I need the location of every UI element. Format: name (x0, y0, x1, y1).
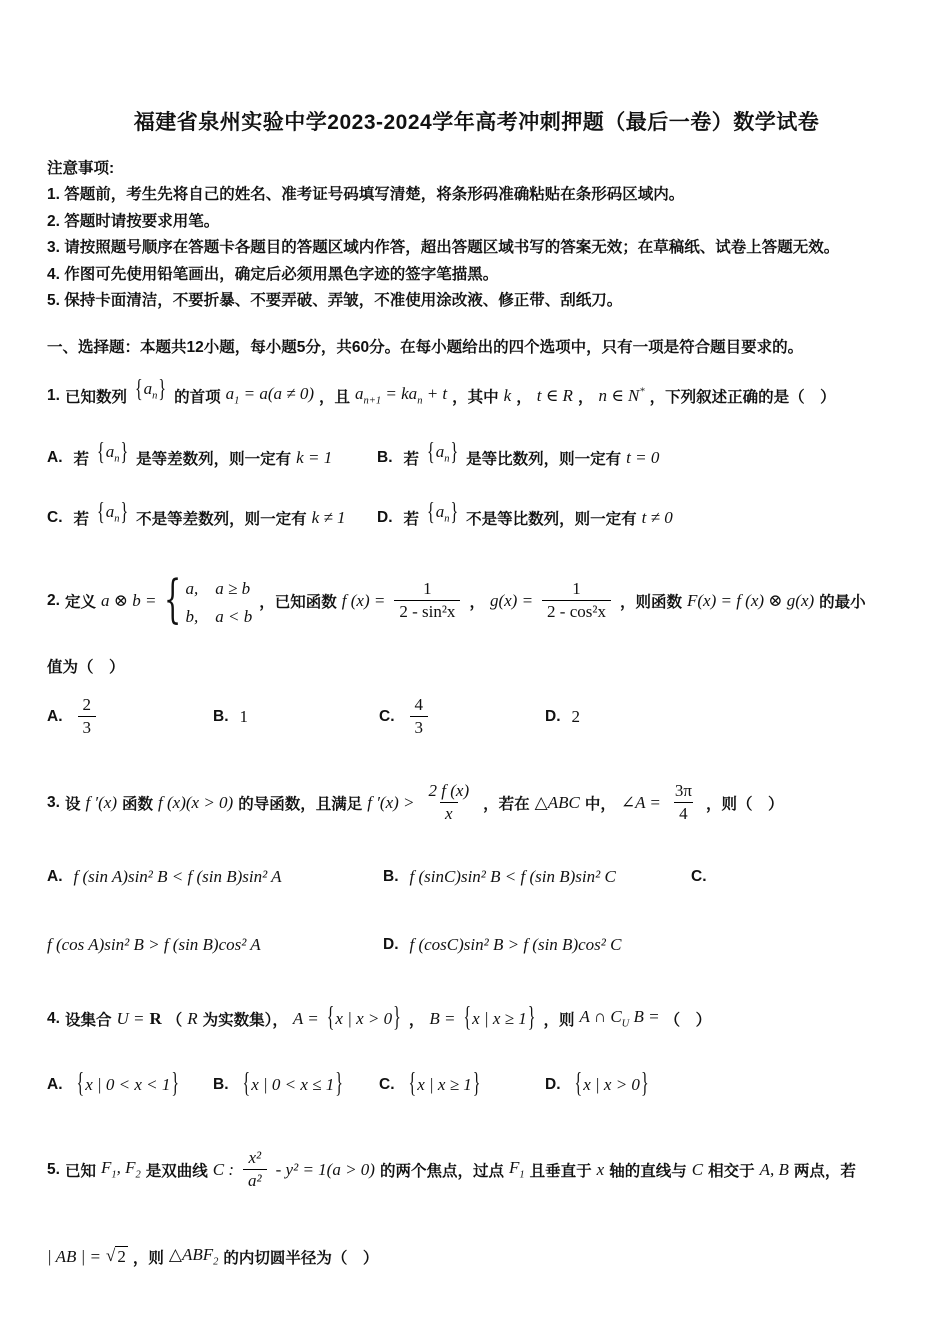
denominator: x (440, 802, 458, 824)
stem-text: 设集合 (65, 1008, 112, 1030)
option-label: C. (379, 1076, 395, 1094)
n-in-N-star: n ∈ N* (598, 386, 644, 406)
option-text: 若 (74, 447, 90, 469)
stem-text: ，若在 (483, 792, 530, 814)
left-brace: { (97, 499, 105, 528)
right-brace: } (171, 1069, 179, 1101)
question-1: 1. 已知数列 {an} 的首项 a1 = a(a ≠ 0) ，且 an+1 =… (47, 373, 906, 539)
option-label: C. (379, 708, 395, 726)
question-number: 5. (47, 1161, 60, 1179)
notice-item-5: 5. 保持卡面清洁，不要折暴、不要弄破、弄皱，不准使用涂改液、修正带、刮纸刀。 (47, 288, 906, 315)
question-2-options: A. 2 3 B. 1 C. 4 3 D. 2 (47, 691, 906, 743)
stem-text: 已知 (65, 1159, 96, 1181)
foci-f1-f2: F1, F2 (101, 1158, 141, 1180)
denominator: a² (243, 1169, 267, 1191)
curve-c: C (692, 1160, 703, 1180)
option-text: 若 (74, 507, 90, 529)
option-label: B. (377, 449, 393, 467)
set-a-eq: A = (293, 1009, 319, 1029)
stem-text: 已知数列 (65, 385, 127, 407)
fraction-x2-over-a2: x² a² (243, 1148, 267, 1191)
fraction-3pi-over-4: 3π 4 (670, 781, 697, 824)
bold-R: R (149, 1009, 161, 1029)
sequence-an: {an} (426, 442, 459, 464)
ab-length: | AB | = (47, 1247, 101, 1267)
radicand: 2 (115, 1246, 128, 1267)
set-b: {x | x ≥ 1} (462, 1009, 536, 1029)
notice-item-4: 4. 作图可先使用铅笔画出，确定后必须用黑色字迹的签字笔描黑。 (47, 262, 906, 289)
right-brace: } (473, 1069, 481, 1101)
denominator: 4 (674, 802, 693, 824)
question-4-option-a: A. {x | 0 < x < 1} (47, 1075, 213, 1095)
right-brace: } (450, 499, 458, 528)
option-fraction: 4 3 (410, 695, 429, 738)
option-set: {x | 0 < x ≤ 1} (242, 1075, 344, 1095)
stem-text: ，下列叙述正确的是（ ） (650, 385, 836, 407)
question-3-option-c-formula: f (cos A)sin² B > f (sin B)cos² A (47, 935, 383, 955)
left-brace: { (463, 1003, 471, 1035)
option-label: A. (47, 449, 63, 467)
page-title: 福建省泉州实验中学2023-2024学年高考冲刺押题（最后一卷）数学试卷 (47, 106, 906, 136)
left-brace: { (97, 439, 105, 468)
option-set: {x | x ≥ 1} (408, 1075, 482, 1095)
option-label: C. (691, 868, 707, 886)
stem-text: （ ） (665, 1008, 712, 1030)
question-number: 1. (47, 387, 60, 405)
set-a: {x | x > 0} (326, 1009, 402, 1029)
option-value: 2 (572, 707, 581, 727)
hyperbola-label: C : (213, 1160, 234, 1180)
right-brace: } (158, 376, 166, 405)
option-formula: f (cos A)sin² B > f (sin B)cos² A (47, 935, 261, 955)
fraction-g: 1 2 - cos²x (542, 579, 611, 622)
hyperbola-equation-rest: - y² = 1(a > 0) (276, 1160, 375, 1180)
option-text: 不是等差数列，则一定有 (136, 507, 307, 529)
stem-text: ，且 (319, 385, 350, 407)
stem-text: 的内切圆半径为（ ） (223, 1246, 378, 1268)
notice-heading: 注意事项: (47, 156, 906, 182)
option-formula: f (sinC)sin² B < f (sin B)sin² C (410, 867, 616, 887)
question-3-option-d: D. f (cosC)sin² B > f (sin B)cos² C (383, 935, 621, 955)
left-brace: { (327, 1003, 335, 1035)
stem-text: ，其中 (452, 385, 499, 407)
stem-text: 两点，若 (794, 1159, 856, 1181)
right-brace: } (335, 1069, 343, 1101)
option-label: C. (47, 509, 63, 527)
stem-text: ， (409, 1008, 425, 1030)
set-condition: x | 0 < x < 1 (85, 1075, 170, 1095)
question-3-option-a: A. f (sin A)sin² B < f (sin B)sin² A (47, 867, 383, 887)
denominator: 2 - cos²x (542, 600, 611, 622)
numerator: 2 (78, 695, 97, 715)
question-1-options-row-1: A. 若 {an} 是等差数列，则一定有 k = 1 B. 若 {an} 是等比… (47, 439, 906, 479)
stem-text: ，已知函数 (259, 590, 337, 612)
denominator: 2 - sin²x (394, 600, 460, 622)
stem-text: ，则函数 (620, 590, 682, 612)
option-label: B. (383, 868, 399, 886)
question-5: 5. 已知 F1, F2 是双曲线 C : x² a² - y² = 1(a >… (47, 1133, 906, 1281)
radical-sign: √ (106, 1246, 115, 1266)
question-5-stem: 5. 已知 F1, F2 是双曲线 C : x² a² - y² = 1(a >… (47, 1133, 906, 1207)
stem-text: 的首项 (174, 385, 221, 407)
option-formula: t = 0 (626, 448, 659, 468)
piecewise-row-1: a, a ≥ b (186, 574, 253, 599)
section-1-heading: 一、选择题：本题共12小题，每小题5分，共60分。在每小题给出的四个选项中，只有… (47, 335, 906, 357)
formula-recurrence: an+1 = kan + t (355, 384, 447, 406)
option-set: {x | x > 0} (574, 1075, 650, 1095)
stem-text: 是双曲线 (146, 1159, 208, 1181)
right-brace: } (393, 1003, 401, 1035)
set-b-eq: B = (429, 1009, 455, 1029)
left-brace: { (409, 1069, 417, 1101)
question-4: 4. 设集合 U = R （ R 为实数集）， A = {x | x > 0} … (47, 995, 906, 1105)
stem-text: 为实数集）， (203, 1008, 288, 1030)
sequence-an: {an} (134, 379, 167, 401)
stem-text: ， (578, 385, 594, 407)
numerator: 3π (670, 781, 697, 801)
formula-first-term: a1 = a(a ≠ 0) (226, 384, 314, 406)
question-number: 3. (47, 794, 60, 812)
sequence-an: {an} (426, 502, 459, 524)
option-label: A. (47, 868, 63, 886)
sqrt-2: √2 (106, 1246, 128, 1267)
option-formula: k ≠ 1 (312, 508, 346, 528)
right-brace: } (641, 1069, 649, 1101)
question-5-stem-continued: | AB | = √2 ，则 △ABF2 的内切圆半径为（ ） (47, 1233, 906, 1281)
numerator: x² (244, 1148, 267, 1168)
option-label: D. (545, 1076, 561, 1094)
universe-set: U = (116, 1009, 144, 1029)
stem-text: 中， (585, 792, 616, 814)
denominator: 3 (410, 716, 429, 738)
question-3-options-row-1: A. f (sin A)sin² B < f (sin B)sin² A B. … (47, 855, 906, 899)
stem-text: ， (469, 590, 485, 612)
question-2: 2. 定义 a ⊗ b = { a, a ≥ b b, a < b ，已知函数 … (47, 565, 906, 743)
triangle-abc: △ABC (535, 793, 580, 813)
left-brace: { (243, 1069, 251, 1101)
set-condition: x | x ≥ 1 (472, 1009, 527, 1029)
question-4-options: A. {x | 0 < x < 1} B. {x | 0 < x ≤ 1} C.… (47, 1065, 906, 1105)
left-brace: { (135, 376, 143, 405)
stem-text: 函数 (122, 792, 153, 814)
f-of-x: f (x) = (342, 591, 386, 611)
left-curly-brace: { (164, 575, 181, 626)
left-brace: { (427, 499, 435, 528)
points-ab: A, B (760, 1160, 789, 1180)
piecewise-row-2: b, a < b (186, 602, 253, 627)
italic-R: R (187, 1009, 197, 1029)
option-value: 1 (240, 707, 249, 727)
question-2-option-d: D. 2 (545, 707, 711, 727)
question-4-option-d: D. {x | x > 0} (545, 1075, 711, 1095)
var-x: x (597, 1160, 605, 1180)
stem-text: 相交于 (708, 1159, 755, 1181)
left-brace: { (77, 1069, 85, 1101)
stem-text: 的两个焦点，过点 (380, 1159, 504, 1181)
question-4-stem: 4. 设集合 U = R （ R 为实数集）， A = {x | x > 0} … (47, 995, 906, 1043)
set-condition: x | x ≥ 1 (417, 1075, 472, 1095)
fraction-f: 1 2 - sin²x (394, 579, 460, 622)
notice-section: 注意事项: 1. 答题前，考生先将自己的姓名、准考证号码填写清楚，将条形码准确粘… (47, 156, 906, 315)
option-label: D. (377, 509, 393, 527)
option-fraction: 2 3 (78, 695, 97, 738)
option-label: B. (213, 1076, 229, 1094)
question-1-option-b: B. 若 {an} 是等比数列，则一定有 t = 0 (377, 447, 659, 469)
sequence-an: {an} (96, 502, 129, 524)
question-4-option-c: C. {x | x ≥ 1} (379, 1075, 545, 1095)
operator-definition: a ⊗ b = (101, 591, 156, 611)
question-3-option-c-label: C. (691, 868, 713, 886)
question-3-stem: 3. 设 f ′(x) 函数 f (x)(x > 0) 的导函数，且满足 f ′… (47, 769, 906, 837)
right-brace: } (450, 439, 458, 468)
option-label: D. (545, 708, 561, 726)
option-text: 若 (404, 447, 420, 469)
stem-text: 设 (65, 792, 81, 814)
exam-paper-page: 福建省泉州实验中学2023-2024学年高考冲刺押题（最后一卷）数学试卷 注意事… (0, 0, 950, 1344)
question-3: 3. 设 f ′(x) 函数 f (x)(x > 0) 的导函数，且满足 f ′… (47, 769, 906, 967)
option-text: 是等比数列，则一定有 (466, 447, 621, 469)
var-k: k (504, 386, 512, 406)
notice-item-3: 3. 请按照题号顺序在答题卡各题目的答题区域内作答，超出答题区域书写的答案无效；… (47, 235, 906, 262)
right-brace: } (120, 499, 128, 528)
option-formula: f (cosC)sin² B > f (sin B)cos² C (410, 935, 622, 955)
stem-text: 且垂直于 (530, 1159, 592, 1181)
question-3-option-b: B. f (sinC)sin² B < f (sin B)sin² C (383, 867, 691, 887)
question-2-stem: 2. 定义 a ⊗ b = { a, a ≥ b b, a < b ，已知函数 … (47, 565, 906, 637)
question-2-option-b: B. 1 (213, 707, 379, 727)
stem-text: 的导函数，且满足 (238, 792, 362, 814)
set-condition: x | 0 < x ≤ 1 (251, 1075, 334, 1095)
option-formula: f (sin A)sin² B < f (sin B)sin² A (74, 867, 282, 887)
notice-item-1: 1. 答题前，考生先将自己的姓名、准考证号码填写清楚，将条形码准确粘贴在条形码区… (47, 182, 906, 209)
t-in-R: t ∈ R (537, 386, 573, 406)
set-condition: x | x > 0 (335, 1009, 392, 1029)
focus-f1: F1 (509, 1158, 525, 1180)
option-label: A. (47, 1076, 63, 1094)
question-2-option-c: C. 4 3 (379, 695, 545, 738)
option-text: 不是等比数列，则一定有 (466, 507, 637, 529)
stem-text: 的最小 (819, 590, 866, 612)
stem-text: 定义 (65, 590, 96, 612)
option-set: {x | 0 < x < 1} (76, 1075, 181, 1095)
question-number: 2. (47, 592, 60, 610)
option-label: A. (47, 708, 63, 726)
numerator: 4 (410, 695, 429, 715)
notice-item-2: 2. 答题时请按要求用笔。 (47, 209, 906, 236)
option-label: B. (213, 708, 229, 726)
question-4-option-b: B. {x | 0 < x ≤ 1} (213, 1075, 379, 1095)
stem-text: （ (167, 1008, 183, 1030)
intersection-complement: A ∩ CU B = (579, 1007, 659, 1029)
stem-text: 轴的直线与 (609, 1159, 687, 1181)
angle-a: ∠A = (621, 793, 661, 813)
left-brace: { (427, 439, 435, 468)
set-condition: x | x > 0 (583, 1075, 640, 1095)
f-of-x-domain: f (x)(x > 0) (158, 793, 233, 813)
option-label: D. (383, 936, 399, 954)
stem-text: ， (516, 385, 532, 407)
left-brace: { (575, 1069, 583, 1101)
stem-text: ，则（ ） (706, 792, 784, 814)
option-formula: k = 1 (296, 448, 332, 468)
right-brace: } (528, 1003, 536, 1035)
question-1-stem: 1. 已知数列 {an} 的首项 a1 = a(a ≠ 0) ，且 an+1 =… (47, 373, 906, 419)
sequence-an: {an} (96, 442, 129, 464)
option-formula: t ≠ 0 (642, 508, 673, 528)
right-brace: } (120, 439, 128, 468)
question-1-option-a: A. 若 {an} 是等差数列，则一定有 k = 1 (47, 447, 377, 469)
question-number: 4. (47, 1010, 60, 1028)
f-prime: f ′(x) (85, 793, 117, 813)
question-3-options-row-2: f (cos A)sin² B > f (sin B)cos² A D. f (… (47, 923, 906, 967)
numerator: 2 f (x) (424, 781, 475, 801)
inequality-lhs: f ′(x) > (367, 793, 414, 813)
question-1-option-c: C. 若 {an} 不是等差数列，则一定有 k ≠ 1 (47, 507, 377, 529)
question-2-stem-continued: 值为（ ） (47, 655, 906, 677)
numerator: 1 (418, 579, 437, 599)
stem-text: ，则 (543, 1008, 574, 1030)
triangle-abf2: △ABF2 (169, 1245, 219, 1267)
question-2-option-a: A. 2 3 (47, 695, 213, 738)
denominator: 3 (78, 716, 97, 738)
g-of-x: g(x) = (490, 591, 533, 611)
option-text: 若 (404, 507, 420, 529)
stem-text: ，则 (133, 1246, 164, 1268)
question-1-option-d: D. 若 {an} 不是等比数列，则一定有 t ≠ 0 (377, 507, 673, 529)
piecewise-definition: { a, a ≥ b b, a < b (163, 574, 252, 627)
F-of-x: F(x) = f (x) ⊗ g(x) (687, 591, 814, 611)
numerator: 1 (567, 579, 586, 599)
fraction-2fx-over-x: 2 f (x) x (424, 781, 475, 824)
option-text: 是等差数列，则一定有 (136, 447, 291, 469)
question-1-options-row-2: C. 若 {an} 不是等差数列，则一定有 k ≠ 1 D. 若 {an} 不是… (47, 499, 906, 539)
